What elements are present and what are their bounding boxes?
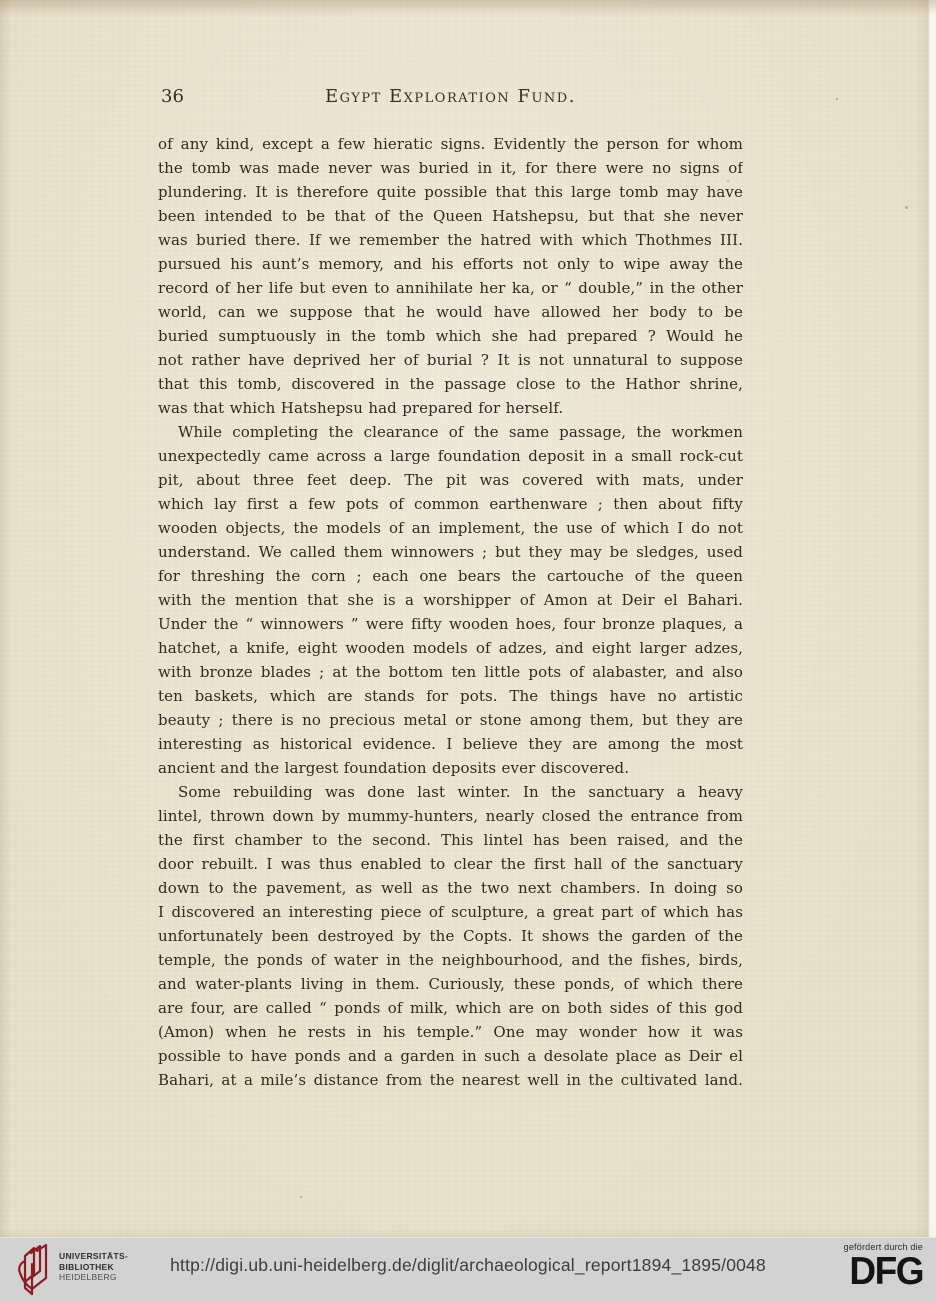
heidelberg-library-logo: UNIVERSITÄTS- BIBLIOTHEK HEIDELBERG bbox=[12, 1244, 128, 1296]
text-line: with the mention that she is a worshippe… bbox=[158, 588, 743, 612]
text-line: pursued his aunt’s memory, and his effor… bbox=[158, 252, 743, 276]
library-name-line2: BIBLIOTHEK bbox=[59, 1262, 128, 1273]
text-line: Bahari, at a mile’s distance from the ne… bbox=[158, 1068, 743, 1092]
text-line: ancient and the largest foundation depos… bbox=[158, 756, 743, 780]
text-line: plundering. It is therefore quite possib… bbox=[158, 180, 743, 204]
text-line: down to the pavement, as well as the two… bbox=[158, 876, 743, 900]
text-line: door rebuilt. I was thus enabled to clea… bbox=[158, 852, 743, 876]
text-line: for threshing the corn ; each one bears … bbox=[158, 564, 743, 588]
paper-speck bbox=[836, 98, 838, 100]
source-url: http://digi.ub.uni-heidelberg.de/diglit/… bbox=[170, 1255, 766, 1276]
text-line: with bronze blades ; at the bottom ten l… bbox=[158, 660, 743, 684]
text-line: pit, about three feet deep. The pit was … bbox=[158, 468, 743, 492]
library-name-line1: UNIVERSITÄTS- bbox=[59, 1251, 128, 1262]
paper-speck bbox=[562, 642, 564, 644]
library-name-line3: HEIDELBERG bbox=[59, 1272, 128, 1283]
text-line: (Amon) when he rests in his temple.” One… bbox=[158, 1020, 743, 1044]
dfg-logo: DFG bbox=[844, 1253, 923, 1289]
text-line: been intended to be that of the Queen Ha… bbox=[158, 204, 743, 228]
dfg-funding-block: gefördert durch die DFG bbox=[844, 1242, 923, 1288]
book-page-scan: 36 Egypt Exploration Fund. of any kind, … bbox=[0, 0, 936, 1237]
text-line: world, can we suppose that he would have… bbox=[158, 300, 743, 324]
viewer-footer: UNIVERSITÄTS- BIBLIOTHEK HEIDELBERG http… bbox=[0, 1237, 936, 1302]
library-name: UNIVERSITÄTS- BIBLIOTHEK HEIDELBERG bbox=[59, 1244, 128, 1283]
text-line: was buried there. If we remember the hat… bbox=[158, 228, 743, 252]
text-line: I discovered an interesting piece of scu… bbox=[158, 900, 743, 924]
text-line: unexpectedly came across a large foundat… bbox=[158, 444, 743, 468]
text-line: record of her life but even to annihilat… bbox=[158, 276, 743, 300]
paper-speck bbox=[300, 1196, 302, 1198]
text-line: temple, the ponds of water in the neighb… bbox=[158, 948, 743, 972]
text-line: ten baskets, which are stands for pots. … bbox=[158, 684, 743, 708]
paper-speck bbox=[727, 180, 729, 182]
text-line: that this tomb, discovered in the passag… bbox=[158, 372, 743, 396]
text-line: wooden objects, the models of an impleme… bbox=[158, 516, 743, 540]
text-line: buried sumptuously in the tomb which she… bbox=[158, 324, 743, 348]
page-text: of any kind, except a few hieratic signs… bbox=[158, 132, 743, 1092]
text-line: Some rebuilding was done last winter. In… bbox=[158, 780, 743, 804]
text-line: hatchet, a knife, eight wooden models of… bbox=[158, 636, 743, 660]
text-line: Under the “ winnowers ” were fifty woode… bbox=[158, 612, 743, 636]
text-line: interesting as historical evidence. I be… bbox=[158, 732, 743, 756]
text-line: the first chamber to the second. This li… bbox=[158, 828, 743, 852]
text-line: and water-plants living in them. Curious… bbox=[158, 972, 743, 996]
text-line: beauty ; there is no precious metal or s… bbox=[158, 708, 743, 732]
text-line: understand. We called them winnowers ; b… bbox=[158, 540, 743, 564]
library-books-icon bbox=[12, 1244, 50, 1296]
text-line: was that which Hatshepsu had prepared fo… bbox=[158, 396, 743, 420]
text-line: unfortunately been destroyed by the Copt… bbox=[158, 924, 743, 948]
paper-speck bbox=[905, 206, 908, 209]
text-line: which lay first a few pots of common ear… bbox=[158, 492, 743, 516]
text-line: While completing the clearance of the sa… bbox=[158, 420, 743, 444]
text-line: not rather have deprived her of burial ?… bbox=[158, 348, 743, 372]
text-line: the tomb was made never was buried in it… bbox=[158, 156, 743, 180]
running-head: Egypt Exploration Fund. bbox=[158, 86, 743, 107]
text-line: lintel, thrown down by mummy-hunters, ne… bbox=[158, 804, 743, 828]
text-line: are four, are called “ ponds of milk, wh… bbox=[158, 996, 743, 1020]
text-line: possible to have ponds and a garden in s… bbox=[158, 1044, 743, 1068]
text-line: of any kind, except a few hieratic signs… bbox=[158, 132, 743, 156]
